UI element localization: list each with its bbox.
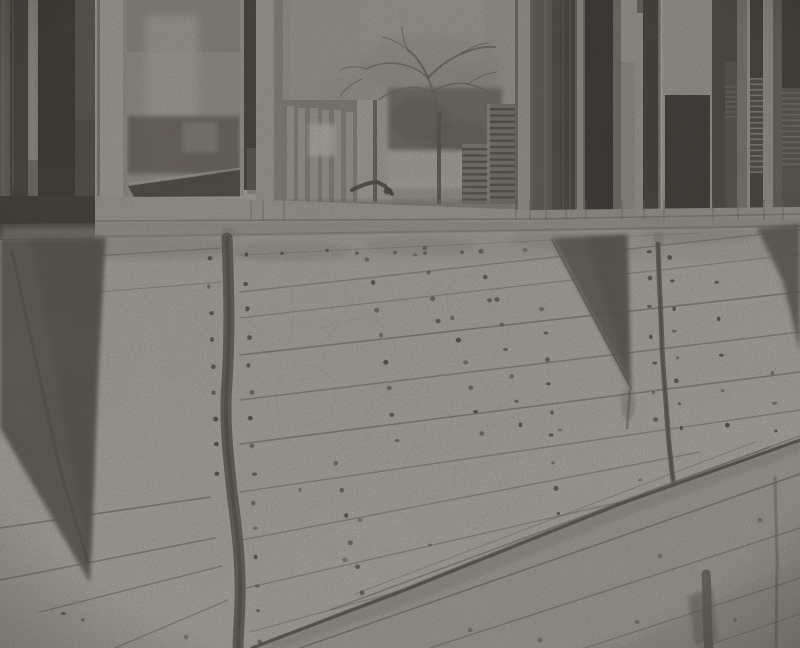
photo-canvas: [0, 0, 800, 648]
vignette: [0, 0, 800, 648]
architectural-photograph: [0, 0, 800, 648]
film-grain-overlay: [0, 0, 800, 648]
